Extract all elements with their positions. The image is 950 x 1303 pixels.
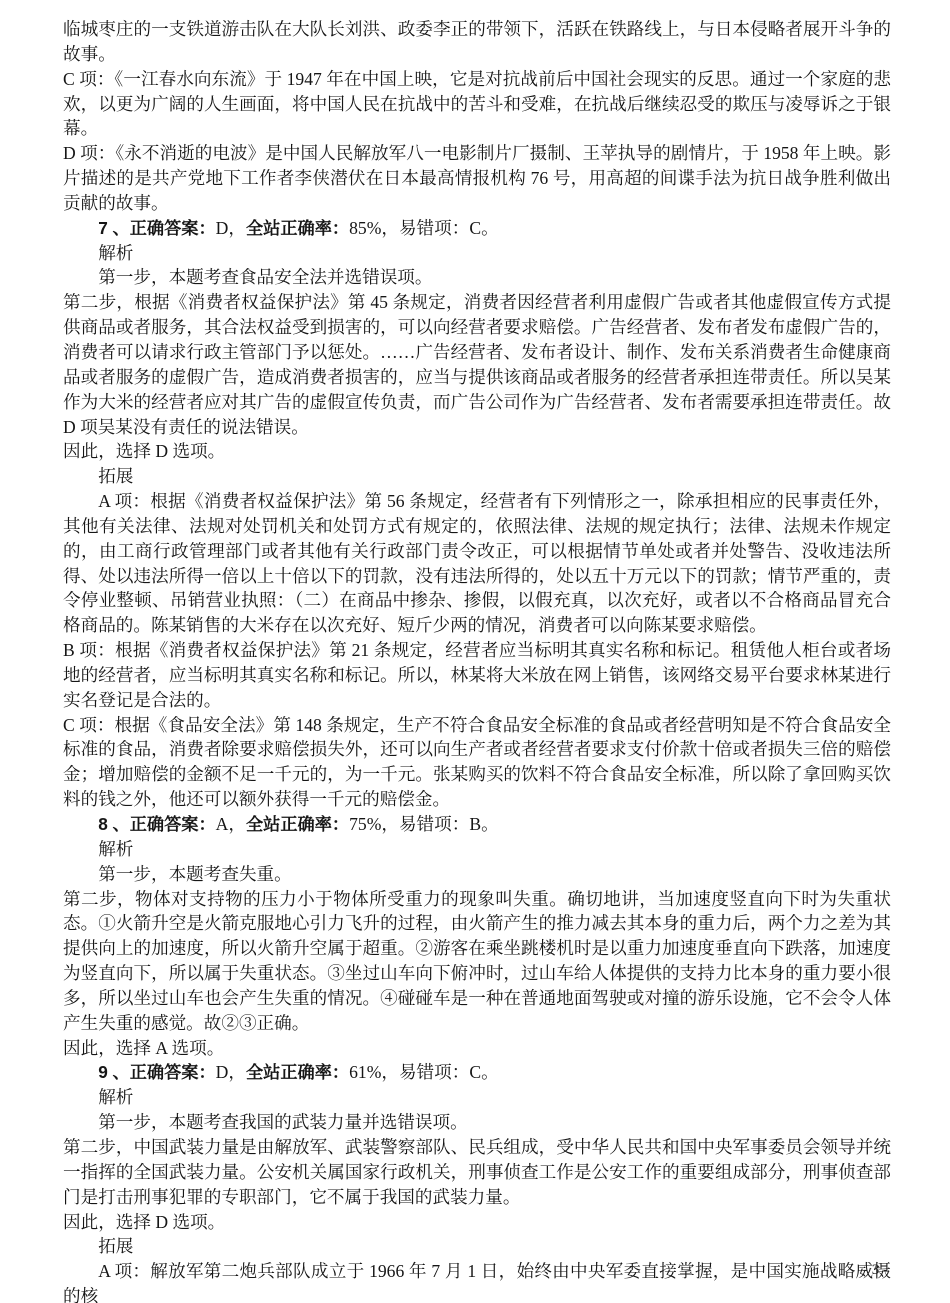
text-run: 因此，选择 A 选项。	[63, 1038, 224, 1058]
text-run: 解析	[98, 243, 133, 263]
section-label-expansion-q9: 拓展	[63, 1234, 891, 1259]
paragraph-q8-step1: 第一步，本题考查失重。	[63, 862, 891, 887]
text-run: 第一步，本题考查失重。	[98, 864, 292, 884]
text-run: 临城枣庄的一支铁道游击队在大队长刘洪、政委李正的带领下，活跃在铁路线上，与日本侵…	[63, 19, 891, 64]
text-run: 拓展	[98, 1236, 133, 1256]
answer-key-label: 全站正确率：	[246, 1062, 349, 1082]
answer-line-q7: 7 、正确答案：D，全站正确率：85%，易错项：C。	[63, 216, 891, 241]
paragraph-q9-step2: 第二步，中国武装力量是由解放军、武装警察部队、民兵组成，受中华人民共和国中央军事…	[63, 1135, 891, 1210]
paragraph-q9-step1: 第一步，本题考查我国的武装力量并选错误项。	[63, 1110, 891, 1135]
paragraph-q7-step1: 第一步，本题考查食品安全法并选错误项。	[63, 265, 891, 290]
text-run: 61%，易错项：C。	[349, 1062, 499, 1082]
text-run: D，	[216, 1062, 246, 1082]
paragraph-q6-option-d: D 项：《永不消逝的电波》是中国人民解放军八一电影制片厂摄制、王苹执导的剧情片，…	[63, 141, 891, 216]
text-run: C 项：《一江春水向东流》于 1947 年在中国上映，它是对抗战前后中国社会现实…	[63, 69, 891, 139]
paragraph-q7-expansion-b: B 项：根据《消费者权益保护法》第 21 条规定，经营者应当标明其真实名称和标记…	[63, 638, 891, 713]
answer-key-label: 全站正确率：	[246, 218, 349, 238]
answer-key-label: 9 、正确答案：	[98, 1062, 215, 1082]
paragraph-q9-conclusion: 因此，选择 D 选项。	[63, 1210, 891, 1235]
paragraph-q7-expansion-c: C 项：根据《食品安全法》第 148 条规定，生产不符合食品安全标准的食品或者经…	[63, 713, 891, 812]
section-label-analysis-q8: 解析	[63, 837, 891, 862]
text-run: 第二步，中国武装力量是由解放军、武装警察部队、民兵组成，受中华人民共和国中央军事…	[63, 1137, 891, 1207]
text-run: A 项：解放军第二炮兵部队成立于 1966 年 7 月 1 日，始终由中央军委直…	[63, 1261, 891, 1303]
document-page: 临城枣庄的一支铁道游击队在大队长刘洪、政委李正的带领下，活跃在铁路线上，与日本侵…	[0, 0, 950, 1303]
section-label-analysis-q9: 解析	[63, 1085, 891, 1110]
answer-key-label: 7 、正确答案：	[98, 218, 215, 238]
paragraph-q6-carryover: 临城枣庄的一支铁道游击队在大队长刘洪、政委李正的带领下，活跃在铁路线上，与日本侵…	[63, 17, 891, 67]
paragraph-q8-step2: 第二步，物体对支持物的压力小于物体所受重力的现象叫失重。确切地讲，当加速度竖直向…	[63, 887, 891, 1036]
page-number: - 3 -	[863, 1262, 888, 1278]
text-run: 第一步，本题考查食品安全法并选错误项。	[98, 267, 432, 287]
answer-line-q9: 9 、正确答案：D，全站正确率：61%，易错项：C。	[63, 1060, 891, 1085]
text-run: 解析	[98, 1087, 133, 1107]
paragraph-q7-expansion-a: A 项：根据《消费者权益保护法》第 56 条规定，经营者有下列情形之一，除承担相…	[63, 489, 891, 638]
text-run: 因此，选择 D 选项。	[63, 441, 225, 461]
answer-key-label: 全站正确率：	[246, 814, 349, 834]
paragraph-q7-conclusion: 因此，选择 D 选项。	[63, 439, 891, 464]
answer-key-label: 8 、正确答案：	[98, 814, 215, 834]
text-run: 75%，易错项：B。	[349, 814, 499, 834]
paragraph-q6-option-c: C 项：《一江春水向东流》于 1947 年在中国上映，它是对抗战前后中国社会现实…	[63, 67, 891, 142]
text-run: B 项：根据《消费者权益保护法》第 21 条规定，经营者应当标明其真实名称和标记…	[63, 640, 891, 710]
text-run: D，	[216, 218, 246, 238]
section-label-analysis-q7: 解析	[63, 241, 891, 266]
text-run: 因此，选择 D 选项。	[63, 1212, 225, 1232]
text-run: 第二步，物体对支持物的压力小于物体所受重力的现象叫失重。确切地讲，当加速度竖直向…	[63, 889, 891, 1033]
paragraph-q8-conclusion: 因此，选择 A 选项。	[63, 1036, 891, 1061]
text-run: 第二步，根据《消费者权益保护法》第 45 条规定，消费者因经营者利用虚假广告或者…	[63, 292, 891, 436]
text-run: C 项：根据《食品安全法》第 148 条规定，生产不符合食品安全标准的食品或者经…	[63, 715, 891, 810]
answer-line-q8: 8 、正确答案：A，全站正确率：75%，易错项：B。	[63, 812, 891, 837]
text-run: 85%，易错项：C。	[349, 218, 499, 238]
text-run: D 项：《永不消逝的电波》是中国人民解放军八一电影制片厂摄制、王苹执导的剧情片，…	[63, 143, 891, 213]
text-run: 拓展	[98, 466, 133, 486]
paragraph-q7-step2: 第二步，根据《消费者权益保护法》第 45 条规定，消费者因经营者利用虚假广告或者…	[63, 290, 891, 439]
page-footer: - 3 -	[863, 1261, 888, 1279]
text-run: A，	[216, 814, 246, 834]
section-label-expansion-q7: 拓展	[63, 464, 891, 489]
text-run: 解析	[98, 839, 133, 859]
paragraph-q9-expansion-a: A 项：解放军第二炮兵部队成立于 1966 年 7 月 1 日，始终由中央军委直…	[63, 1259, 891, 1303]
document-body: 临城枣庄的一支铁道游击队在大队长刘洪、政委李正的带领下，活跃在铁路线上，与日本侵…	[63, 17, 891, 1303]
text-run: A 项：根据《消费者权益保护法》第 56 条规定，经营者有下列情形之一，除承担相…	[63, 491, 891, 635]
text-run: 第一步，本题考查我国的武装力量并选错误项。	[98, 1112, 467, 1132]
